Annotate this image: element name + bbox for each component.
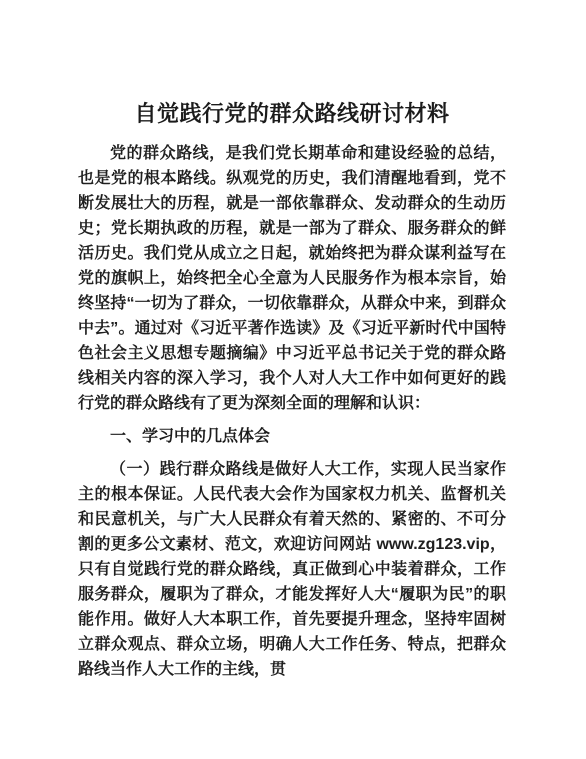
document-page: 自觉践行党的群众路线研讨材料 党的群众路线，是我们党长期革命和建设经验的总结，也…	[0, 0, 586, 759]
body-paragraph: （一）践行群众路线是做好人大工作，实现人民当家作主的根本保证。人民代表大会作为国…	[78, 457, 506, 682]
body-paragraph: 党的群众路线，是我们党长期革命和建设经验的总结，也是党的根本路线。纵观党的历史，…	[78, 141, 506, 416]
section-heading: 一、学习中的几点体会	[78, 424, 506, 449]
document-title: 自觉践行党的群众路线研讨材料	[78, 99, 506, 129]
document-body: 党的群众路线，是我们党长期革命和建设经验的总结，也是党的根本路线。纵观党的历史，…	[78, 141, 506, 682]
